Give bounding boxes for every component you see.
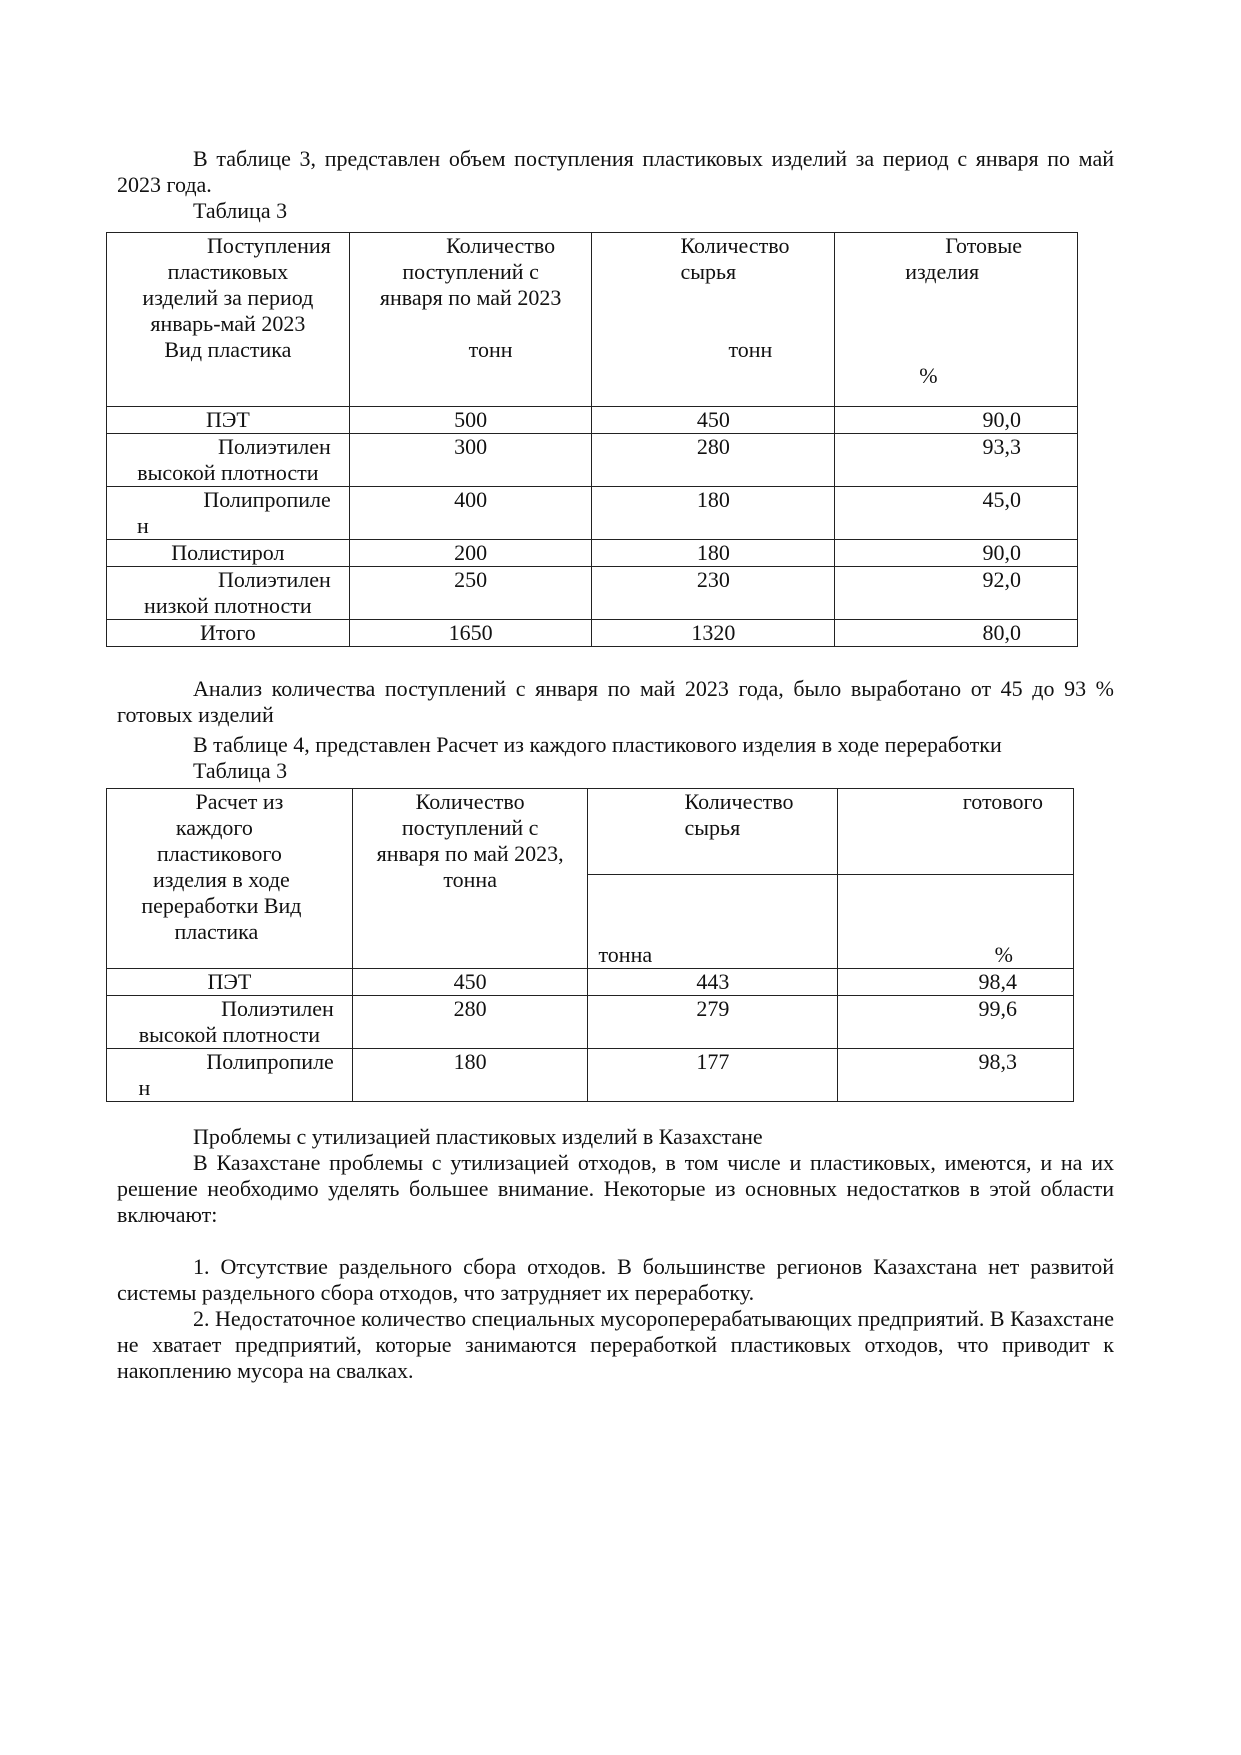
cell-raw: 230 xyxy=(592,567,835,620)
cell-received: 400 xyxy=(349,487,592,540)
table4-header-type: Расчет из каждого пластикового изделия в… xyxy=(107,789,353,969)
cell-finished: 99,6 xyxy=(838,996,1074,1049)
table4-header-finished-unit: % xyxy=(838,875,1074,969)
cell-plastic-type: Полиэтиленвысокой плотности xyxy=(107,434,350,487)
cell-plastic-type: Полипропилен xyxy=(107,487,350,540)
table4-header-received: Количество поступлений с января по май 2… xyxy=(352,789,588,969)
cell-raw: 450 xyxy=(592,407,835,434)
cell-finished: 80,0 xyxy=(835,620,1078,647)
cell-finished: 93,3 xyxy=(835,434,1078,487)
cell-raw: 180 xyxy=(592,487,835,540)
intro-paragraph: В таблице 3, представлен объем поступлен… xyxy=(117,146,1114,198)
table-row: Полистирол20018090,0 xyxy=(107,540,1078,567)
table4-intro: В таблице 4, представлен Расчет из каждо… xyxy=(193,732,1002,758)
cell-received: 200 xyxy=(349,540,592,567)
table4-header-raw: Количество сырья xyxy=(588,789,838,875)
cell-raw: 180 xyxy=(592,540,835,567)
table3-header-raw: Количество сырья тонн xyxy=(592,233,835,407)
table3-header-received: Количество поступлений с января по май 2… xyxy=(349,233,592,407)
list-item: 1. Отсутствие раздельного сбора отходов.… xyxy=(117,1254,1114,1306)
table4-caption: Таблица 3 xyxy=(193,758,287,784)
cell-received: 1650 xyxy=(349,620,592,647)
table-row: Полипропилен18017798,3 xyxy=(107,1049,1074,1102)
cell-received: 180 xyxy=(352,1049,588,1102)
table-row: ПЭТ45044398,4 xyxy=(107,969,1074,996)
cell-received: 300 xyxy=(349,434,592,487)
table-4: Расчет из каждого пластикового изделия в… xyxy=(106,788,1074,1102)
table-row: Полиэтиленнизкой плотности25023092,0 xyxy=(107,567,1078,620)
cell-finished: 98,4 xyxy=(838,969,1074,996)
section-paragraph: В Казахстане проблемы с утилизацией отхо… xyxy=(117,1150,1114,1228)
cell-raw: 279 xyxy=(588,996,838,1049)
cell-plastic-type: Полипропилен xyxy=(107,1049,353,1102)
cell-received: 500 xyxy=(349,407,592,434)
table-row: ПЭТ50045090,0 xyxy=(107,407,1078,434)
table3-caption: Таблица 3 xyxy=(193,198,287,224)
table3-header-row: Поступления пластиковых изделий за перио… xyxy=(107,233,1078,407)
cell-finished: 45,0 xyxy=(835,487,1078,540)
analysis-paragraph: Анализ количества поступлений с января п… xyxy=(117,676,1114,728)
table-3: Поступления пластиковых изделий за перио… xyxy=(106,232,1078,647)
table-row: Полиэтиленвысокой плотности28027999,6 xyxy=(107,996,1074,1049)
cell-received: 250 xyxy=(349,567,592,620)
cell-finished: 98,3 xyxy=(838,1049,1074,1102)
table-row: Итого1650132080,0 xyxy=(107,620,1078,647)
list-item: 2. Недостаточное количество специальных … xyxy=(117,1306,1114,1384)
cell-raw: 177 xyxy=(588,1049,838,1102)
cell-plastic-type: Итого xyxy=(107,620,350,647)
cell-plastic-type: ПЭТ xyxy=(107,407,350,434)
table-row: Полипропилен40018045,0 xyxy=(107,487,1078,540)
cell-raw: 280 xyxy=(592,434,835,487)
table3-header-finished: Готовые изделия % xyxy=(835,233,1078,407)
table4-header-raw-unit: тонна xyxy=(588,875,838,969)
cell-raw: 1320 xyxy=(592,620,835,647)
cell-plastic-type: Полиэтиленвысокой плотности xyxy=(107,996,353,1049)
cell-plastic-type: Полистирол xyxy=(107,540,350,567)
section-heading: Проблемы с утилизацией пластиковых издел… xyxy=(193,1124,763,1150)
cell-raw: 443 xyxy=(588,969,838,996)
cell-plastic-type: ПЭТ xyxy=(107,969,353,996)
cell-plastic-type: Полиэтиленнизкой плотности xyxy=(107,567,350,620)
cell-finished: 90,0 xyxy=(835,407,1078,434)
cell-finished: 92,0 xyxy=(835,567,1078,620)
table-row: Полиэтиленвысокой плотности30028093,3 xyxy=(107,434,1078,487)
table4-header-finished: готового xyxy=(838,789,1074,875)
cell-received: 280 xyxy=(352,996,588,1049)
document-page: В таблице 3, представлен объем поступлен… xyxy=(0,0,1241,1755)
table3-header-type: Поступления пластиковых изделий за перио… xyxy=(107,233,350,407)
cell-received: 450 xyxy=(352,969,588,996)
cell-finished: 90,0 xyxy=(835,540,1078,567)
